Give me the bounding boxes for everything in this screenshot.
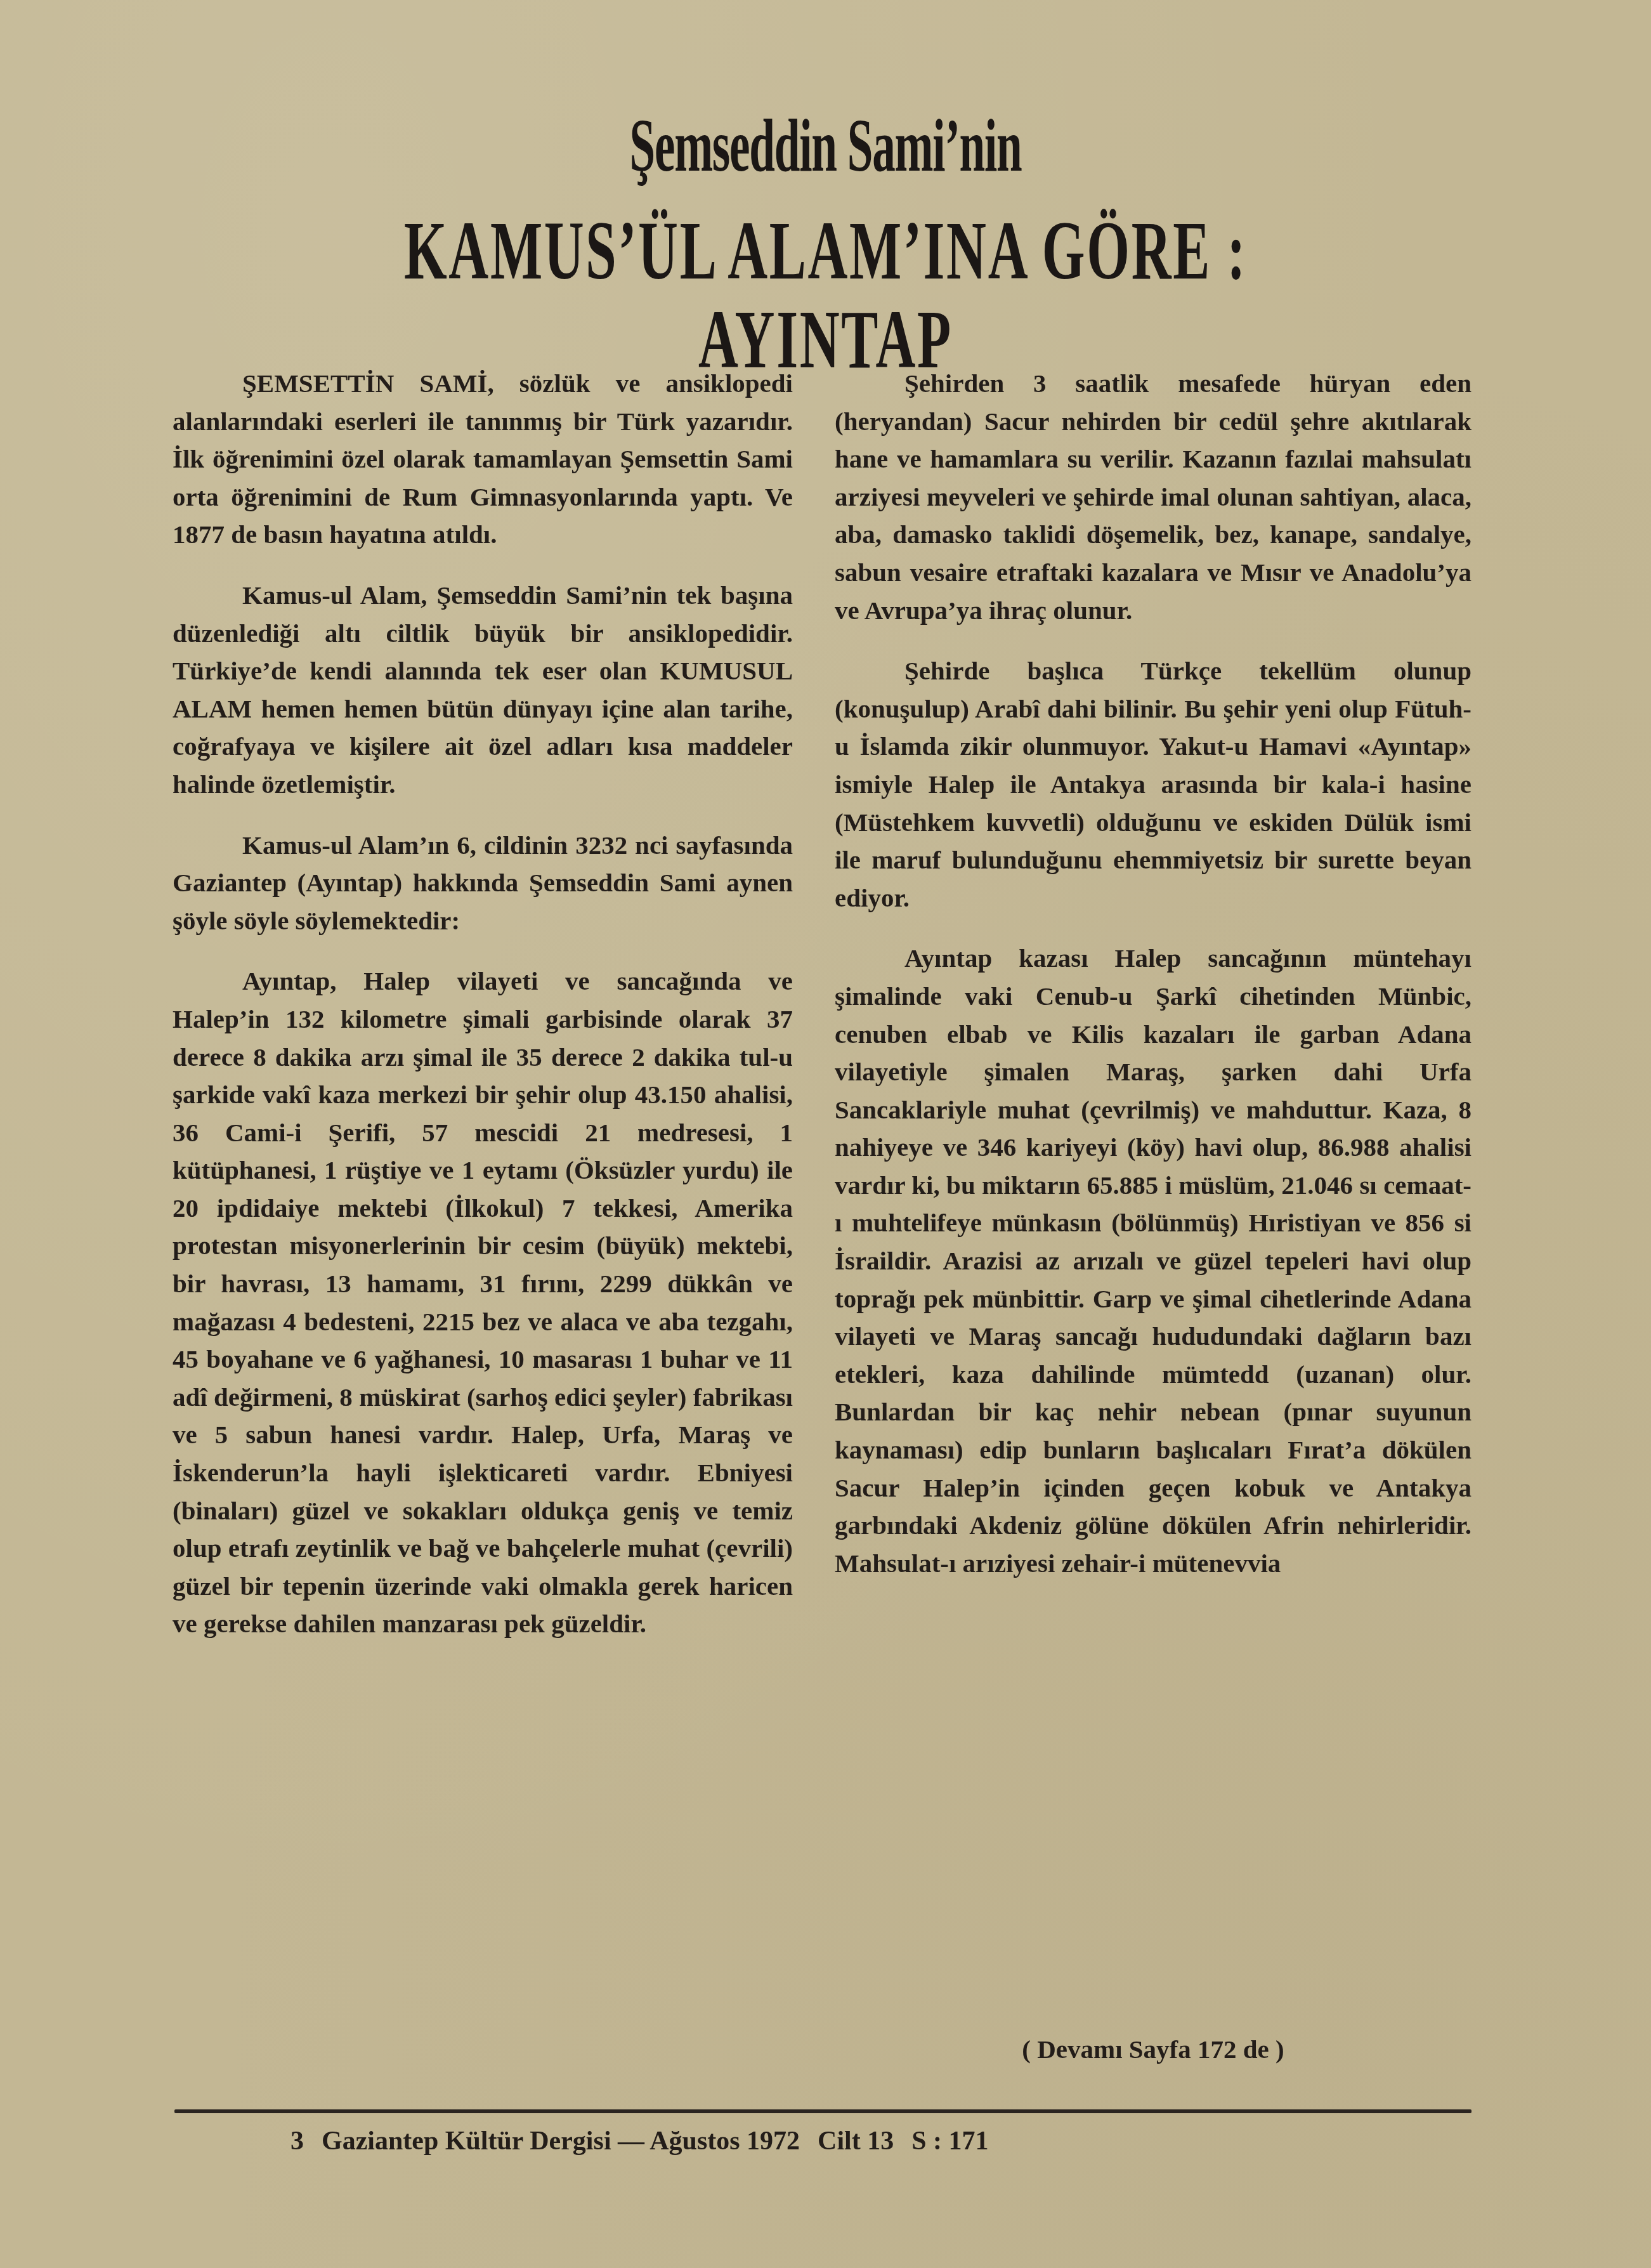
paragraph-city-description: Ayıntap, Halep vilayeti ve sancağında ve… <box>173 962 793 1643</box>
continued-note: ( Devamı Sayfa 172 de ) <box>835 2030 1472 2068</box>
article-title-line-1: Şemseddin Sami’nin <box>314 105 1338 187</box>
paragraph-biography: ŞEMSETTİN SAMİ, sözlük ve ansiklopedi al… <box>173 365 793 554</box>
article-title-line-2: KAMUS’ÜL ALAM’INA GÖRE : AYINTAP <box>281 206 1371 384</box>
left-column: ŞEMSETTİN SAMİ, sözlük ve ansiklopedi al… <box>173 365 793 1666</box>
page-footer: 3Gaziantep Kültür Dergisi — Ağustos 1972… <box>290 2122 1007 2160</box>
paragraph-kamus-intro: Kamus-ul Alam, Şemseddin Sami’nin tek ba… <box>173 577 793 804</box>
magazine-page: Şemseddin Sami’nin KAMUS’ÜL ALAM’INA GÖR… <box>0 0 1651 2268</box>
volume-info: Cilt 13 <box>818 2127 894 2156</box>
issue-info: S : 171 <box>911 2127 988 2156</box>
page-number: 3 <box>290 2127 304 2156</box>
right-column: Şehirden 3 saatlik mesafede hüryan eden … <box>835 365 1472 1605</box>
paragraph-district-geography: Ayıntap kazası Halep sancağının müntehay… <box>835 940 1472 1582</box>
paragraph-language-history: Şehirde başlıca Türkçe tekellüm olunup (… <box>835 652 1472 917</box>
publication-info: Gaziantep Kültür Dergisi — Ağustos 1972 <box>322 2127 800 2156</box>
paragraph-source-reference: Kamus-ul Alam’ın 6, cildinin 3232 nci sa… <box>173 827 793 940</box>
paragraph-water-and-products: Şehirden 3 saatlik mesafede hüryan eden … <box>835 365 1472 629</box>
footer-divider <box>174 2109 1472 2113</box>
